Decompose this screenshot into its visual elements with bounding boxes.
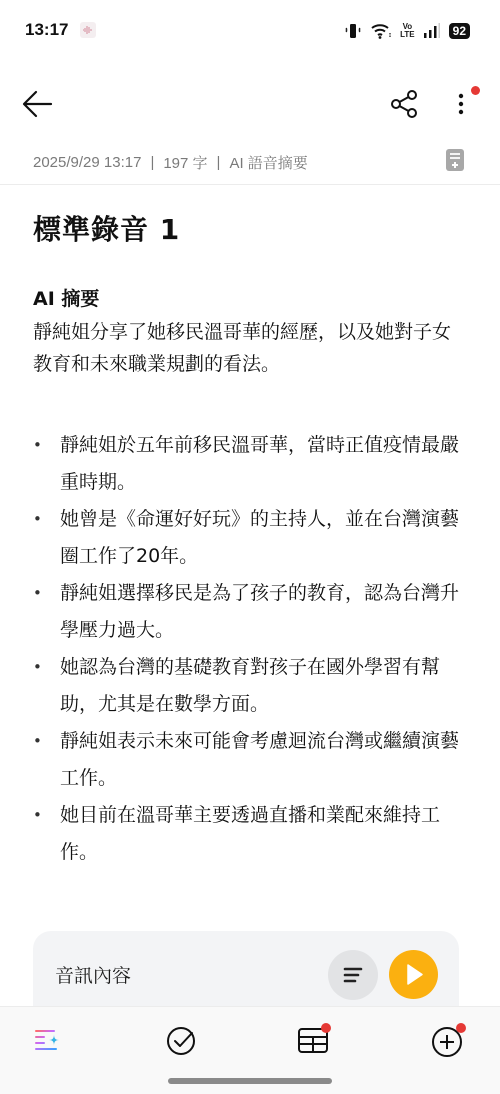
volte-icon: VoLTE	[400, 23, 415, 39]
audio-content-label: 音訊內容	[55, 961, 131, 988]
nav-ai-summary[interactable]	[32, 1023, 66, 1057]
play-icon	[389, 950, 438, 999]
nav-add[interactable]	[430, 1023, 464, 1057]
status-time: 13:17	[25, 20, 68, 40]
meta-separator: |	[217, 154, 221, 171]
bullet-item: 靜純姐表示未來可能會考慮迴流台灣或繼續演藝工作。	[33, 723, 473, 797]
status-icons: VoLTE 92	[344, 20, 470, 42]
share-icon	[386, 86, 422, 122]
summary-bullet-list: 靜純姐於五年前移民溫哥華，當時正值疫情最嚴重時期。 她曾是《命運好好玩》的主持人…	[33, 427, 473, 871]
check-circle-icon	[164, 1023, 198, 1057]
note-add-icon	[445, 148, 465, 172]
app-bar	[0, 80, 500, 128]
arrow-left-icon	[20, 86, 56, 122]
meta-separator: |	[150, 154, 154, 171]
wifi-icon	[370, 22, 392, 40]
transcript-lines-icon	[328, 950, 378, 1000]
bullet-item: 靜純姐選擇移民是為了孩子的教育，認為台灣升學壓力過大。	[33, 575, 473, 649]
note-type: AI 語音摘要	[229, 152, 307, 173]
nav-table[interactable]	[296, 1023, 330, 1057]
bullet-item: 靜純姐於五年前移民溫哥華，當時正值疫情最嚴重時期。	[33, 427, 473, 501]
note-title: 標準錄音 1	[33, 208, 180, 248]
bullet-item: 她目前在溫哥華主要透過直播和業配來維持工作。	[33, 797, 473, 871]
signal-icon	[423, 23, 441, 39]
play-button[interactable]	[389, 950, 438, 999]
ai-summary-heading: AI 摘要	[33, 284, 99, 311]
back-button[interactable]	[20, 86, 56, 122]
share-button[interactable]	[386, 86, 422, 122]
vibrate-icon	[344, 22, 362, 40]
ai-summary-icon	[32, 1023, 66, 1057]
notification-badge	[471, 86, 480, 95]
word-count: 197 字	[163, 152, 207, 173]
summary-paragraph: 靜純姐分享了她移民溫哥華的經歷，以及她對子女教育和未來職業規劃的看法。	[33, 316, 463, 380]
bullet-item: 她曾是《命運好好玩》的主持人，並在台灣演藝圈工作了20年。	[33, 501, 473, 575]
battery-icon: 92	[449, 23, 470, 39]
nav-checklist[interactable]	[164, 1023, 198, 1057]
more-options-button[interactable]	[446, 86, 476, 122]
bullet-item: 她認為台灣的基礎教育對孩子在國外學習有幫助，尤其是在數學方面。	[33, 649, 473, 723]
note-add-button[interactable]	[445, 148, 465, 176]
notification-badge	[321, 1023, 331, 1033]
note-meta: 2025/9/29 13:17 | 197 字 | AI 語音摘要	[33, 150, 470, 174]
home-indicator[interactable]	[168, 1078, 332, 1084]
status-bar: 13:17 VoLTE 92	[0, 0, 500, 60]
note-datetime: 2025/9/29 13:17	[33, 154, 141, 171]
transcript-button[interactable]	[328, 950, 378, 1000]
notification-badge	[456, 1023, 466, 1033]
divider	[0, 184, 500, 185]
recording-indicator-icon	[80, 22, 96, 38]
